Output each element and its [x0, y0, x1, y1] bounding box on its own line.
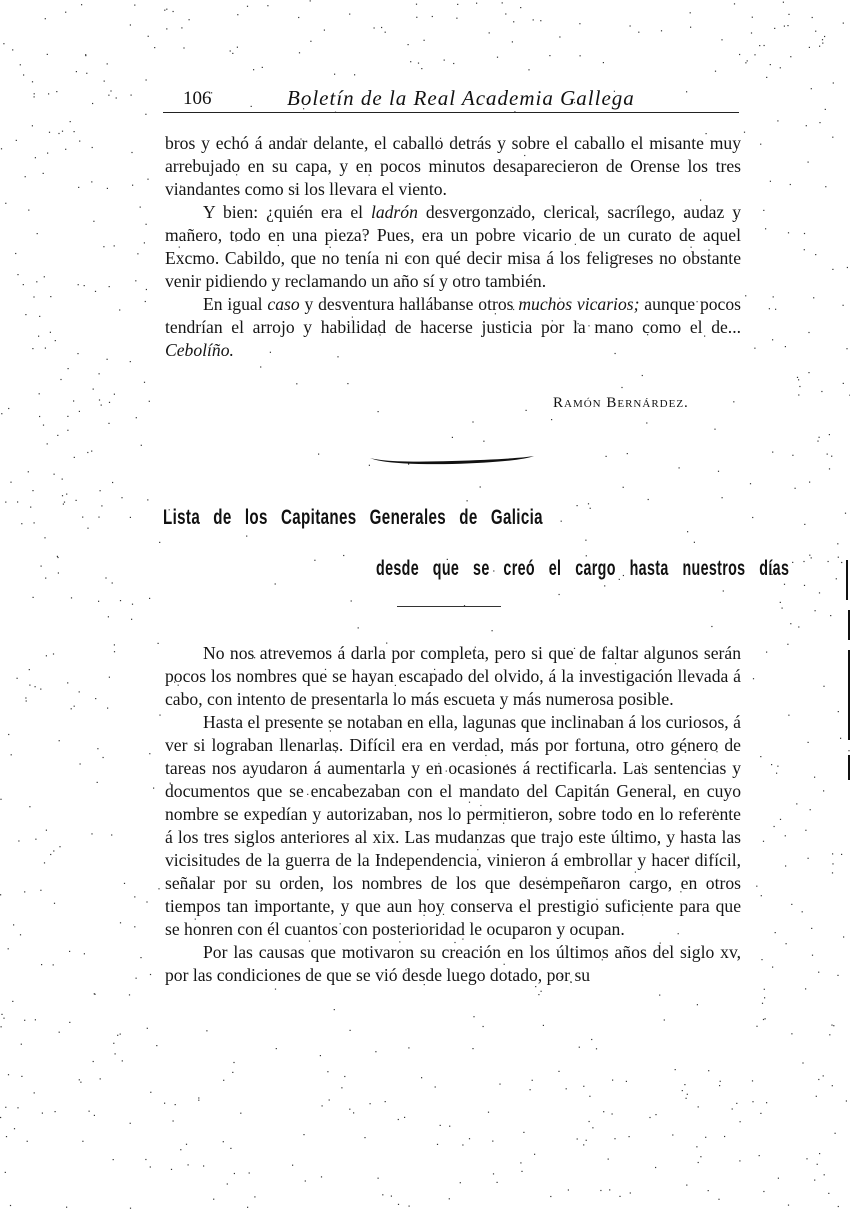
paragraph: bros y echó á andar delante, el caballo … — [165, 132, 741, 201]
section-body-text: No nos atrevemos á darla por completa, p… — [165, 642, 741, 987]
paragraph: No nos atrevemos á darla por completa, p… — [165, 642, 741, 711]
article-ending-text: bros y echó á andar delante, el caballo … — [165, 132, 741, 362]
running-title: Boletín de la Real Academia Gallega — [287, 86, 635, 111]
page-number: 106 — [183, 88, 212, 110]
page-header: 106 Boletín de la Real Academia Gallega — [163, 82, 739, 113]
paragraph: Y bien: ¿quién era el ladrón desvergonza… — [165, 201, 741, 293]
subtitle-rule — [397, 606, 501, 607]
section-title: Lista de los Capitanes Generales de Gali… — [163, 506, 543, 530]
paragraph: Hasta el presente se notaban en ella, la… — [165, 711, 741, 941]
section-subtitle: desde que se creó el cargo hasta nuestro… — [376, 557, 789, 581]
margin-mark — [846, 560, 848, 600]
author-signature: Ramón Bernárdez. — [553, 395, 689, 412]
paragraph: En igual caso y desventura hallábanse ot… — [165, 293, 741, 362]
section-divider-ornament — [368, 452, 536, 468]
paragraph: Por las causas que motivaron su creación… — [165, 941, 741, 987]
